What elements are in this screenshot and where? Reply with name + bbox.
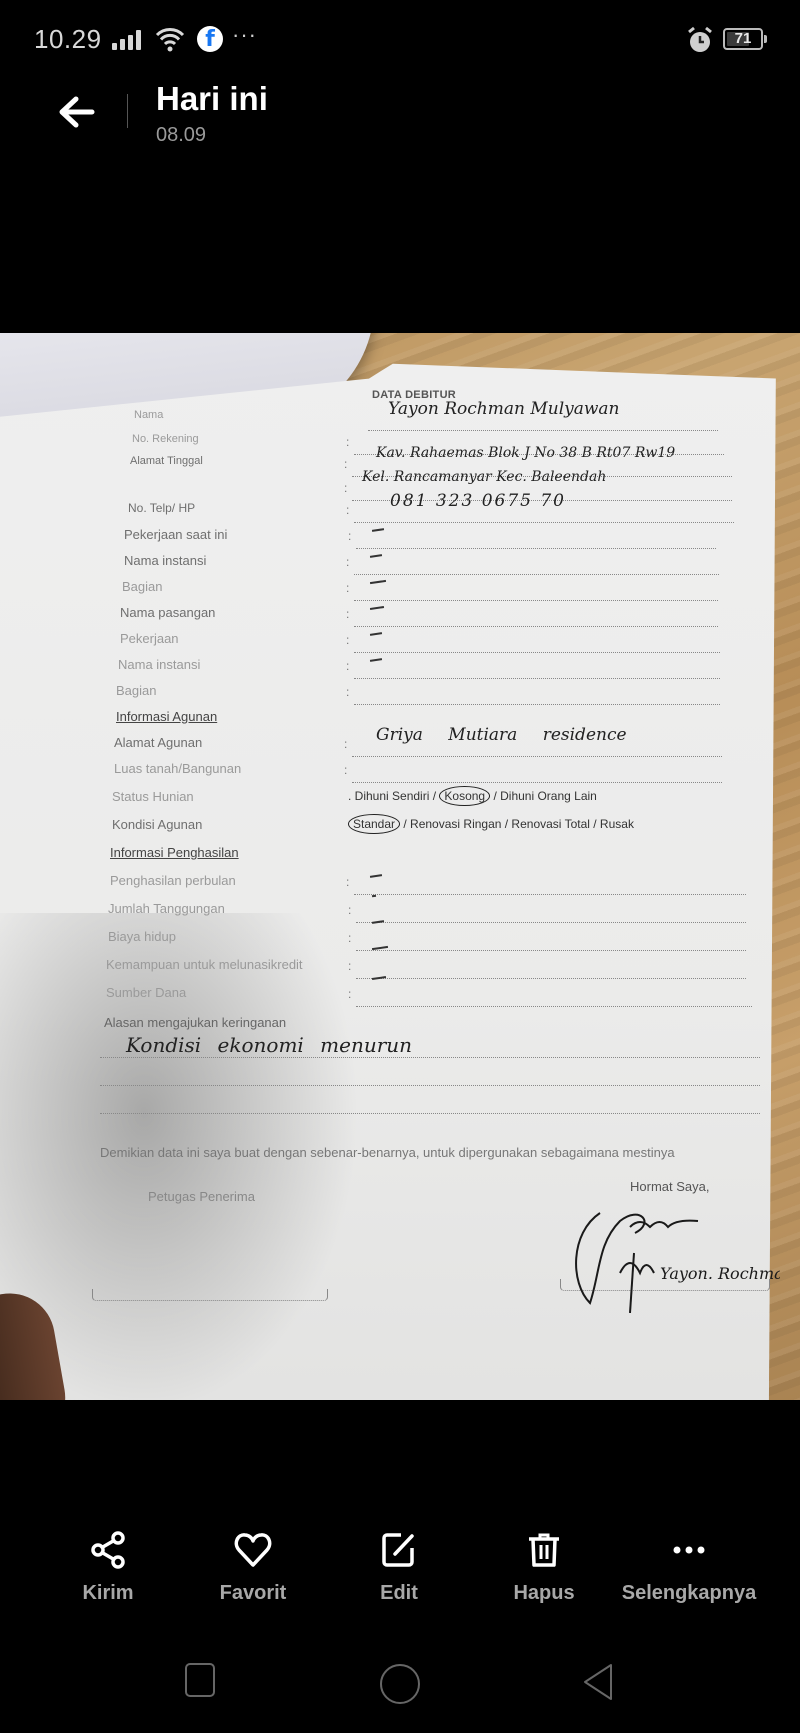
dash-mark	[372, 895, 376, 898]
field-line: :	[354, 653, 720, 679]
square-icon[interactable]	[183, 1662, 217, 1698]
dash-mark	[370, 606, 384, 610]
declaration-statement: Demikian data ini saya buat dengan seben…	[100, 1145, 675, 1160]
field-label: Status Hunian	[112, 789, 194, 804]
form-row-alamat-agunan: Alamat Agunan : Griya Mutiara residence	[114, 731, 774, 759]
dash-mark	[372, 528, 384, 532]
share-button[interactable]: Kirim	[33, 1520, 183, 1605]
action-label: Kirim	[33, 1582, 183, 1605]
dash-mark	[370, 658, 382, 662]
debtor-form: DATA DEBITUR Nama Yayon Rochman Mulyawan…	[0, 333, 800, 1400]
field-line: :	[356, 897, 746, 923]
field-label: Alasan mengajukan keringanan	[104, 1015, 286, 1030]
field-line: :	[356, 925, 746, 951]
field-label: Nama instansi	[124, 553, 206, 568]
form-row-telp: No. Telp/ HP : 081 323 0675 70	[128, 497, 788, 525]
field-line: :	[354, 575, 718, 601]
share-icon	[88, 1530, 128, 1570]
battery-percent: 71	[725, 30, 761, 48]
income-heading-row: Informasi Penghasilan	[110, 841, 770, 869]
dash-mark	[370, 554, 382, 558]
more-button[interactable]: Selengkapnya	[614, 1520, 764, 1605]
section-heading: Informasi Penghasilan	[110, 845, 239, 860]
edit-icon	[379, 1530, 419, 1570]
circle-icon[interactable]	[378, 1662, 422, 1706]
field-line: :	[354, 869, 746, 895]
trash-icon	[524, 1530, 564, 1570]
handwritten-value: Yayon Rochman Mulyawan	[388, 399, 620, 419]
wifi-icon	[155, 26, 185, 52]
option-text: / Renovasi Ringan / Renovasi Total / Rus…	[403, 817, 634, 831]
edit-button[interactable]: Edit	[324, 1520, 474, 1605]
form-row-kondisi: Kondisi Agunan Standar / Renovasi Ringan…	[112, 813, 772, 841]
selected-option-circle: Standar	[348, 814, 400, 834]
section-heading: Informasi Agunan	[116, 709, 217, 724]
reason-line	[100, 1085, 760, 1086]
action-label: Favorit	[178, 1582, 328, 1605]
form-row-bagian: Bagian :	[122, 575, 782, 603]
occupancy-options: . Dihuni Sendiri / Kosong / Dihuni Orang…	[348, 789, 597, 803]
field-label: Biaya hidup	[108, 929, 176, 944]
field-label: Bagian	[116, 683, 156, 698]
field-label: Nama instansi	[118, 657, 200, 672]
form-row-bagian-pasangan: Bagian :	[116, 679, 776, 707]
selected-option-circle: Kosong	[439, 786, 490, 806]
field-line: :	[354, 549, 719, 575]
form-row-tanggungan: Jumlah Tanggungan :	[108, 897, 768, 925]
field-label: Pekerjaan saat ini	[124, 527, 227, 542]
field-label: Nama	[134, 409, 163, 421]
field-line: :	[356, 953, 746, 979]
form-row-status-hunian: Status Hunian . Dihuni Sendiri / Kosong …	[112, 785, 772, 813]
page-subtitle-time: 08.09	[156, 124, 206, 147]
alarm-icon	[686, 26, 714, 54]
status-time: 10.29	[34, 24, 102, 55]
field-line: :	[352, 757, 722, 783]
officer-signature-line	[92, 1289, 328, 1301]
handwritten-value: Griya Mutiara residence	[376, 725, 627, 745]
form-row-kemampuan: Kemampuan untuk melunasikredit :	[106, 953, 766, 981]
facebook-icon: f	[197, 26, 223, 52]
favorite-button[interactable]: Favorit	[178, 1520, 328, 1605]
status-bar: 10.29 f ··· 71	[0, 0, 800, 80]
dash-mark	[370, 580, 386, 584]
field-label: Nama pasangan	[120, 605, 215, 620]
photo-action-bar: Kirim Favorit Edit Hapus Selengkapnya	[0, 1520, 800, 1610]
battery-icon: 71	[723, 28, 763, 50]
field-label: Bagian	[122, 579, 162, 594]
action-label: Selengkapnya	[614, 1582, 764, 1605]
field-label: No. Rekening	[132, 433, 199, 445]
system-navigation-bar	[0, 1640, 800, 1733]
option-text: / Dihuni Orang Lain	[493, 789, 596, 803]
arrow-left-icon[interactable]	[52, 90, 100, 134]
field-label: Alamat Agunan	[114, 735, 202, 750]
form-row-instansi: Nama instansi :	[124, 549, 784, 577]
option-text: . Dihuni Sendiri /	[348, 789, 436, 803]
form-row-sumber-dana: Sumber Dana :	[106, 981, 766, 1009]
handwritten-value: Kav. Rahaemas Blok J No 38 B Rt07 Rw19	[376, 445, 675, 461]
field-line: :	[354, 601, 718, 627]
field-line: : 081 323 0675 70	[354, 497, 734, 523]
action-label: Edit	[324, 1582, 474, 1605]
field-label: Kondisi Agunan	[112, 817, 202, 832]
field-label: Luas tanah/Bangunan	[114, 761, 241, 776]
reason-handwritten-value: Kondisi ekonomi menurun	[126, 1033, 412, 1057]
form-row-pekerjaan: Pekerjaan saat ini :	[124, 523, 784, 551]
field-line: : Griya Mutiara residence	[352, 731, 722, 757]
header-divider	[127, 94, 128, 128]
form-row-penghasilan: Penghasilan perbulan :	[110, 869, 770, 897]
photo-image[interactable]: DATA DEBITUR Nama Yayon Rochman Mulyawan…	[0, 333, 800, 1400]
form-row-alamat: Alamat Tinggal : Kav. Rahaemas Blok J No…	[130, 451, 790, 479]
field-line: Yayon Rochman Mulyawan	[368, 405, 718, 431]
handwritten-value: Kel. Rancamanyar Kec. Baleendah	[362, 469, 606, 485]
field-label: Kemampuan untuk melunasikredit	[106, 957, 303, 972]
field-line: :	[354, 627, 720, 653]
form-row-luas: Luas tanah/Bangunan :	[114, 757, 774, 785]
form-row-instansi-pasangan: Nama instansi :	[118, 653, 778, 681]
page-title: Hari ini	[156, 80, 268, 118]
condition-options: Standar / Renovasi Ringan / Renovasi Tot…	[348, 817, 634, 831]
closing-respectfully: Hormat Saya,	[630, 1179, 709, 1194]
handwritten-value: 081 323 0675 70	[390, 491, 566, 511]
field-label: Alamat Tinggal	[130, 455, 203, 467]
field-label: Jumlah Tanggungan	[108, 901, 225, 916]
viewer-header: Hari ini 08.09	[0, 80, 800, 160]
dash-mark	[370, 632, 382, 636]
field-label: Pekerjaan	[120, 631, 179, 646]
officer-label: Petugas Penerima	[148, 1189, 255, 1204]
more-icon	[669, 1530, 709, 1570]
signal-icon	[112, 30, 146, 50]
dash-mark	[370, 874, 382, 878]
handwritten-signature: Yayon. Rochman	[560, 1193, 780, 1313]
field-label: Penghasilan perbulan	[110, 873, 236, 888]
heart-icon	[233, 1530, 273, 1570]
signature-name: Yayon. Rochman	[660, 1264, 780, 1283]
reason-line	[100, 1113, 760, 1114]
more-notifications-icon: ···	[232, 22, 257, 48]
field-line: :	[356, 981, 752, 1007]
triangle-back-icon[interactable]	[580, 1662, 616, 1702]
action-label: Hapus	[469, 1582, 619, 1605]
field-label: No. Telp/ HP	[128, 501, 195, 515]
field-line: :	[356, 523, 716, 549]
form-row-pasangan: Nama pasangan :	[120, 601, 780, 629]
field-label: Sumber Dana	[106, 985, 186, 1000]
field-line: :	[354, 679, 720, 705]
form-row-biaya-hidup: Biaya hidup :	[108, 925, 768, 953]
delete-button[interactable]: Hapus	[469, 1520, 619, 1605]
reason-line	[100, 1057, 760, 1058]
form-row-pekerjaan-pasangan: Pekerjaan :	[120, 627, 780, 655]
